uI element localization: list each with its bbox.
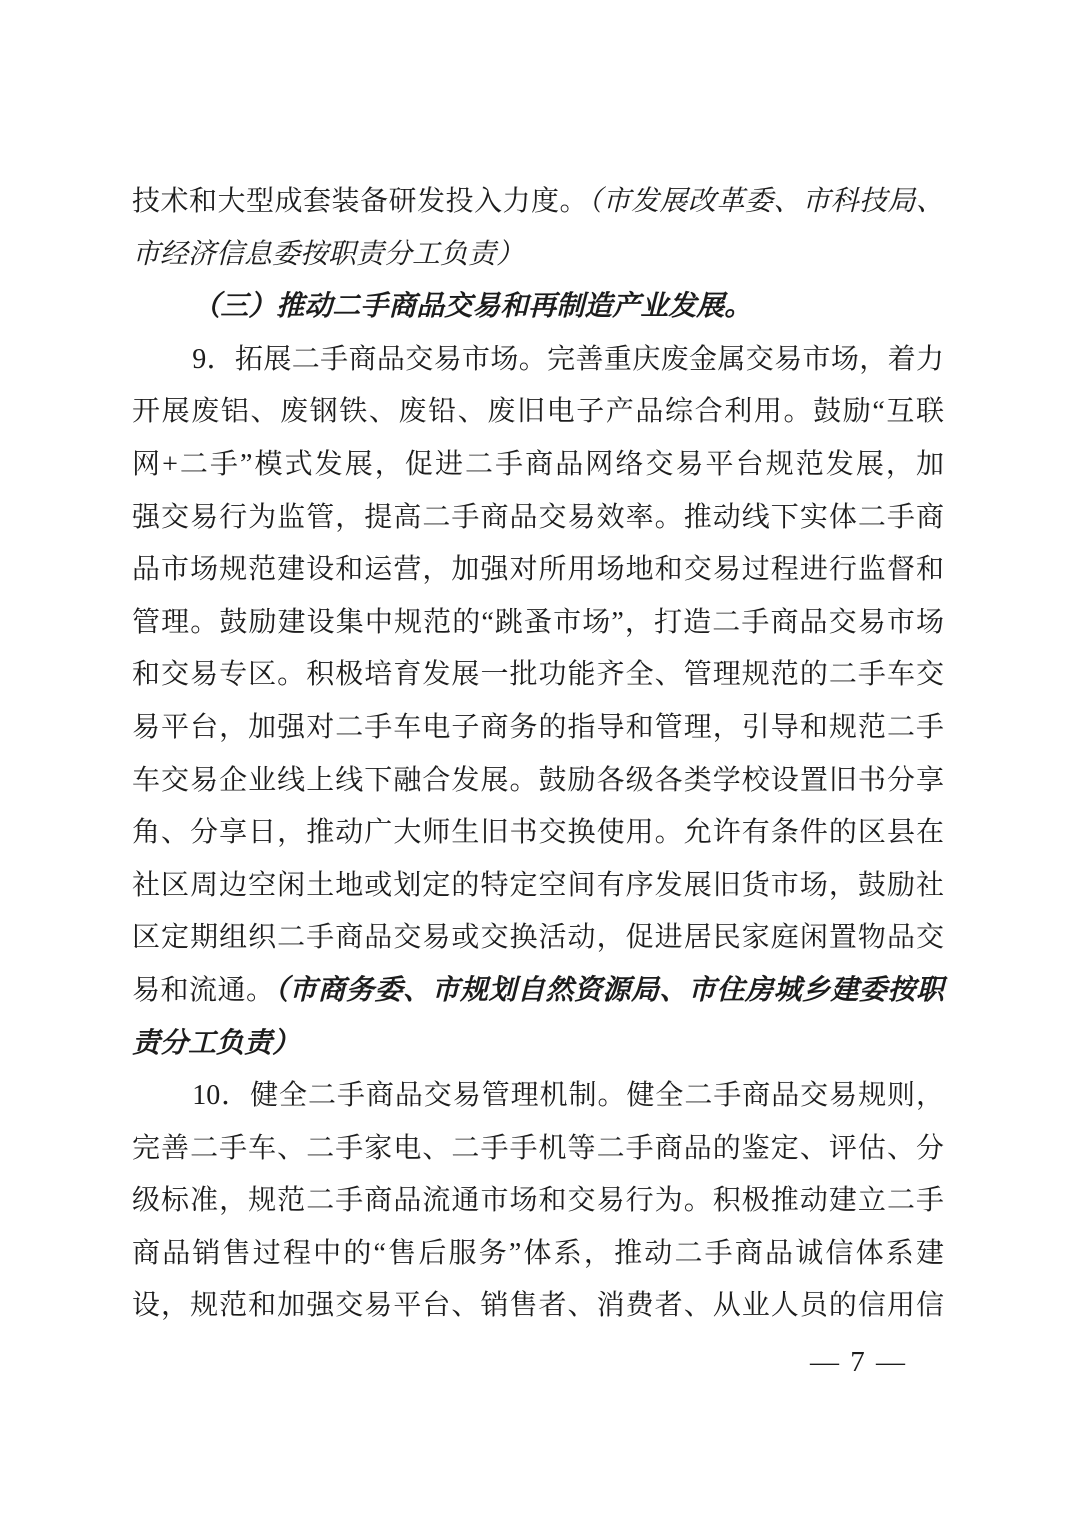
text-line: 设，规范和加强交易平台、销售者、消费者、从业人员的信用信 (132, 1280, 944, 1333)
text-line: 10．健全二手商品交易管理机制。健全二手商品交易规则， (132, 1070, 944, 1123)
text-line: 车交易企业线上线下融合发展。鼓励各级各类学校设置旧书分享 (132, 755, 944, 808)
body-text: 管理。鼓励建设集中规范的“跳蚤市场”，打造二手商品交易市场 (132, 607, 944, 638)
responsibility-note: 市经济信息委按职责分工负责） (132, 239, 524, 270)
section-heading-text: （三）推动二手商品交易和再制造产业发展。 (192, 291, 752, 322)
body-text: 开展废铝、废钢铁、废铅、废旧电子产品综合利用。鼓励“互联 (132, 396, 944, 427)
text-line: 管理。鼓励建设集中规范的“跳蚤市场”，打造二手商品交易市场 (132, 597, 944, 650)
body-text: 和交易专区。积极培育发展一批功能齐全、管理规范的二手车交 (132, 659, 944, 690)
text-line: 开展废铝、废钢铁、废铅、废旧电子产品综合利用。鼓励“互联 (132, 386, 944, 439)
text-line: 责分工负责） (132, 1018, 944, 1071)
body-text: 易和流通。 (132, 975, 275, 1006)
text-line: 角、分享日，推动广大师生旧书交换使用。允许有条件的区县在 (132, 807, 944, 860)
body-text: 技术和大型成套装备研发投入力度。 (132, 186, 588, 217)
body-text: 社区周边空闲土地或划定的特定空间有序发展旧货市场，鼓励社 (132, 870, 944, 901)
text-line: 9．拓展二手商品交易市场。完善重庆废金属交易市场，着力 (132, 334, 944, 387)
text-line: 商品销售过程中的“售后服务”体系，推动二手商品诚信体系建 (132, 1228, 944, 1281)
document-body: 技术和大型成套装备研发投入力度。（市发展改革委、市科技局、 市经济信息委按职责分… (132, 176, 944, 1333)
body-text: 角、分享日，推动广大师生旧书交换使用。允许有条件的区县在 (132, 817, 944, 848)
responsibility-note: 责分工负责） (132, 1028, 300, 1059)
text-line: 技术和大型成套装备研发投入力度。（市发展改革委、市科技局、 (132, 176, 944, 229)
text-line: 社区周边空闲土地或划定的特定空间有序发展旧货市场，鼓励社 (132, 860, 944, 913)
body-text: 品市场规范建设和运营，加强对所用场地和交易过程进行监督和 (132, 554, 944, 585)
body-text: 易平台，加强对二手车电子商务的指导和管理，引导和规范二手 (132, 712, 944, 743)
body-text: 强交易行为监管，提高二手商品交易效率。推动线下实体二手商 (132, 502, 944, 533)
body-text: 10．健全二手商品交易管理机制。健全二手商品交易规则， (192, 1080, 944, 1111)
body-text: 完善二手车、二手家电、二手手机等二手商品的鉴定、评估、分 (132, 1133, 944, 1164)
body-text: 9．拓展二手商品交易市场。完善重庆废金属交易市场，着力 (192, 344, 944, 375)
body-text: 商品销售过程中的“售后服务”体系，推动二手商品诚信体系建 (132, 1238, 944, 1269)
text-line: 易和流通。（市商务委、市规划自然资源局、市住房城乡建委按职 (132, 965, 944, 1018)
text-line: 级标准，规范二手商品流通市场和交易行为。积极推动建立二手 (132, 1175, 944, 1228)
body-text: 车交易企业线上线下融合发展。鼓励各级各类学校设置旧书分享 (132, 765, 944, 796)
responsibility-note: （市商务委、市规划自然资源局、市住房城乡建委按职 (275, 975, 944, 1006)
text-line: 区定期组织二手商品交易或交换活动，促进居民家庭闲置物品交 (132, 912, 944, 965)
text-line: 市经济信息委按职责分工负责） (132, 229, 944, 282)
text-line: 完善二手车、二手家电、二手手机等二手商品的鉴定、评估、分 (132, 1123, 944, 1176)
responsibility-note: （市发展改革委、市科技局、 (588, 186, 944, 217)
text-line: 强交易行为监管，提高二手商品交易效率。推动线下实体二手商 (132, 492, 944, 545)
text-line: 网+二手”模式发展，促进二手商品网络交易平台规范发展，加 (132, 439, 944, 492)
document-page: 技术和大型成套装备研发投入力度。（市发展改革委、市科技局、 市经济信息委按职责分… (0, 0, 1075, 1521)
body-text: 网+二手”模式发展，促进二手商品网络交易平台规范发展，加 (132, 449, 944, 480)
text-line: 和交易专区。积极培育发展一批功能齐全、管理规范的二手车交 (132, 649, 944, 702)
page-number: — 7 — (810, 1342, 907, 1382)
body-text: 设，规范和加强交易平台、销售者、消费者、从业人员的信用信 (132, 1290, 944, 1321)
section-heading: （三）推动二手商品交易和再制造产业发展。 (132, 281, 944, 334)
text-line: 品市场规范建设和运营，加强对所用场地和交易过程进行监督和 (132, 544, 944, 597)
body-text: 级标准，规范二手商品流通市场和交易行为。积极推动建立二手 (132, 1185, 944, 1216)
body-text: 区定期组织二手商品交易或交换活动，促进居民家庭闲置物品交 (132, 922, 944, 953)
text-line: 易平台，加强对二手车电子商务的指导和管理，引导和规范二手 (132, 702, 944, 755)
